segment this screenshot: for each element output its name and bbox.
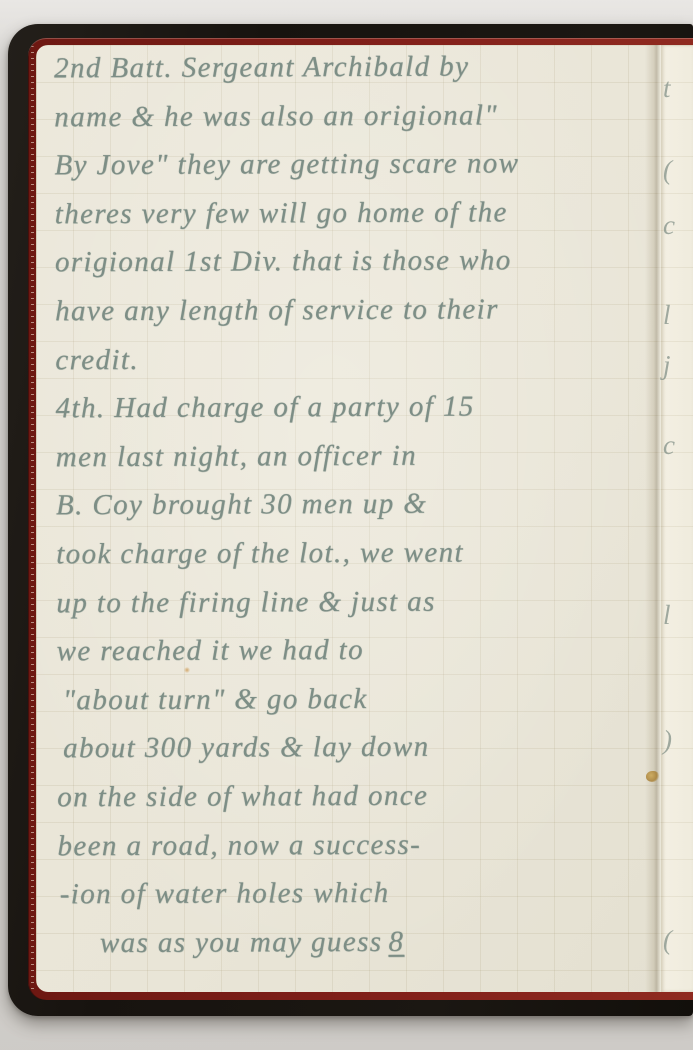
page-number: 8 — [388, 925, 404, 957]
journal-line: up to the firing line & just as — [56, 584, 656, 635]
journal-line-text: up to the firing line & just as — [56, 585, 435, 619]
journal-line: theres very few will go home of the — [55, 195, 655, 246]
journal-line: have any length of service to their — [55, 293, 655, 344]
journal-line: B. Coy brought 30 men up & — [56, 487, 656, 538]
journal-line: about 300 yards & lay down — [57, 730, 657, 781]
next-page-fragment: ( — [663, 155, 672, 186]
journal-line-text: name & he was also an origional" — [54, 99, 498, 133]
journal-line: been a road, now a success- — [57, 827, 657, 878]
journal-line: we reached it we had to — [57, 633, 657, 684]
journal-line: credit. — [55, 341, 655, 392]
journal-line-text: men last night, an officer in — [56, 439, 417, 473]
paper-stain-small — [184, 667, 190, 673]
journal-line: -ion of water holes which — [58, 876, 658, 927]
red-page-edge: 2nd Batt. Sergeant Archibald byname & he… — [28, 38, 693, 1000]
journal-line: on the side of what had once — [57, 779, 657, 830]
journal-line: 4th. Had charge of a party of 15 — [55, 390, 655, 441]
next-page-fragment: t — [663, 73, 671, 104]
photo-backdrop: 2nd Batt. Sergeant Archibald byname & he… — [0, 0, 693, 1050]
next-page-fragment: l — [663, 600, 671, 631]
journal-line-text: 4th. Had charge of a party of 15 — [55, 391, 474, 425]
journal-line: men last night, an officer in — [56, 438, 656, 489]
next-page-fragment: ) — [663, 725, 672, 756]
journal-line: name & he was also an origional" — [54, 98, 654, 149]
journal-line: 2nd Batt. Sergeant Archibald by — [54, 50, 654, 101]
journal-line-text: been a road, now a success- — [57, 828, 421, 862]
notebook-page: 2nd Batt. Sergeant Archibald byname & he… — [36, 45, 693, 992]
journal-line-text: origional 1st Div. that is those who — [55, 245, 512, 279]
journal-text: 2nd Batt. Sergeant Archibald byname & he… — [54, 50, 658, 976]
journal-line-text: credit. — [55, 344, 139, 376]
journal-line-text: "about turn" & go back — [63, 683, 368, 716]
journal-line-text: B. Coy brought 30 men up & — [56, 488, 427, 522]
journal-line: "about turn" & go back — [57, 681, 657, 732]
gutter-fold — [645, 45, 661, 992]
next-page-fragment: c — [663, 430, 675, 461]
journal-line: took charge of the lot., we went — [56, 536, 656, 587]
journal-line: By Jove" they are getting scare now — [54, 147, 654, 198]
journal-line: origional 1st Div. that is those who — [55, 244, 655, 295]
journal-line-text: we reached it we had to — [57, 634, 365, 667]
journal-line-text: 2nd Batt. Sergeant Archibald by — [54, 51, 469, 85]
next-page-fragment: l — [663, 300, 671, 331]
journal-line-text: have any length of service to their — [55, 293, 499, 327]
next-page-sliver: t(cljcl)( — [661, 45, 693, 992]
journal-line-text: was as you may guess — [100, 926, 383, 959]
next-page-fragment: j — [663, 350, 671, 381]
journal-line: was as you may guess8 — [58, 924, 658, 975]
next-page-fragment: ( — [663, 925, 672, 956]
notebook-cover: 2nd Batt. Sergeant Archibald byname & he… — [8, 24, 693, 1016]
journal-line-text: theres very few will go home of the — [55, 196, 508, 230]
journal-line-text: about 300 yards & lay down — [63, 731, 430, 765]
journal-line-text: By Jove" they are getting scare now — [54, 147, 519, 181]
journal-line-text: on the side of what had once — [57, 780, 428, 814]
next-page-fragment: c — [663, 210, 675, 241]
journal-line-text: -ion of water holes which — [60, 877, 390, 910]
journal-line-text: took charge of the lot., we went — [56, 536, 464, 570]
